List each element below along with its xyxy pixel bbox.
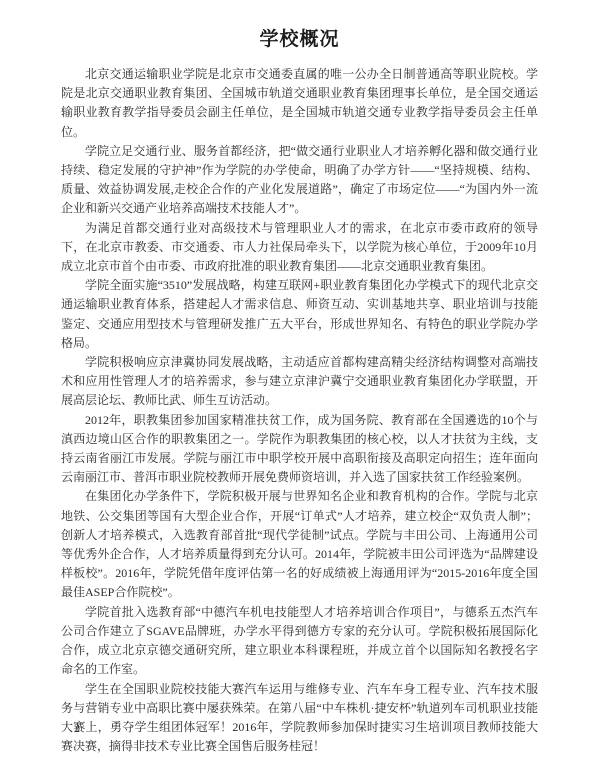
page-title: 学校概况 bbox=[61, 26, 538, 54]
paragraph-sino-german: 学院首批入选教育部“中德汽车机电技能型人才培养培训合作项目”，与德系五杰汽车公司… bbox=[61, 603, 538, 680]
paragraph-jingjinji: 学院积极响应京津冀协同发展战略，主动适应首都构建高精尖经济结构调整对高端技术和应… bbox=[61, 353, 538, 411]
document-content: 学校概况 北京交通运输职业学院是北京市交通委直属的唯一公办全日制普通高等职业院校… bbox=[0, 0, 599, 756]
paragraph-overview: 北京交通运输职业学院是北京市交通委直属的唯一公办全日制普通高等职业院校。学院是北… bbox=[61, 65, 538, 142]
paragraph-enterprise-cooperation: 在集团化办学条件下，学院积极开展与世界知名企业和教育机构的合作。学院与北京地铁、… bbox=[61, 487, 538, 602]
paragraph-student-awards: 学生在全国职业院校技能大赛汽车运用与维修专业、汽车车身工程专业、汽车技术服务与营… bbox=[61, 680, 538, 757]
page-number: 2 bbox=[74, 721, 80, 736]
paragraph-mission: 学院立足交通行业、服务首都经济，把“做交通行业职业人才培养孵化器和做交通行业持续… bbox=[61, 142, 538, 219]
paragraph-3510-strategy: 学院全面实施“3510”发展战略，构建互联网+职业教育集团化办学模式下的现代北京… bbox=[61, 276, 538, 353]
paragraph-education-group: 为满足首都交通行业对高级技术与管理职业人才的需求，在北京市委市政府的领导下，在北… bbox=[61, 219, 538, 277]
paragraph-poverty-alleviation: 2012年，职教集团参加国家精准扶贫工作，成为国务院、教育部在全国遴选的10个与… bbox=[61, 411, 538, 488]
document-body: 北京交通运输职业学院是北京市交通委直属的唯一公办全日制普通高等职业院校。学院是北… bbox=[61, 65, 538, 756]
document-page: 学校概况 北京交通运输职业学院是北京市交通委直属的唯一公办全日制普通高等职业院校… bbox=[0, 0, 599, 758]
